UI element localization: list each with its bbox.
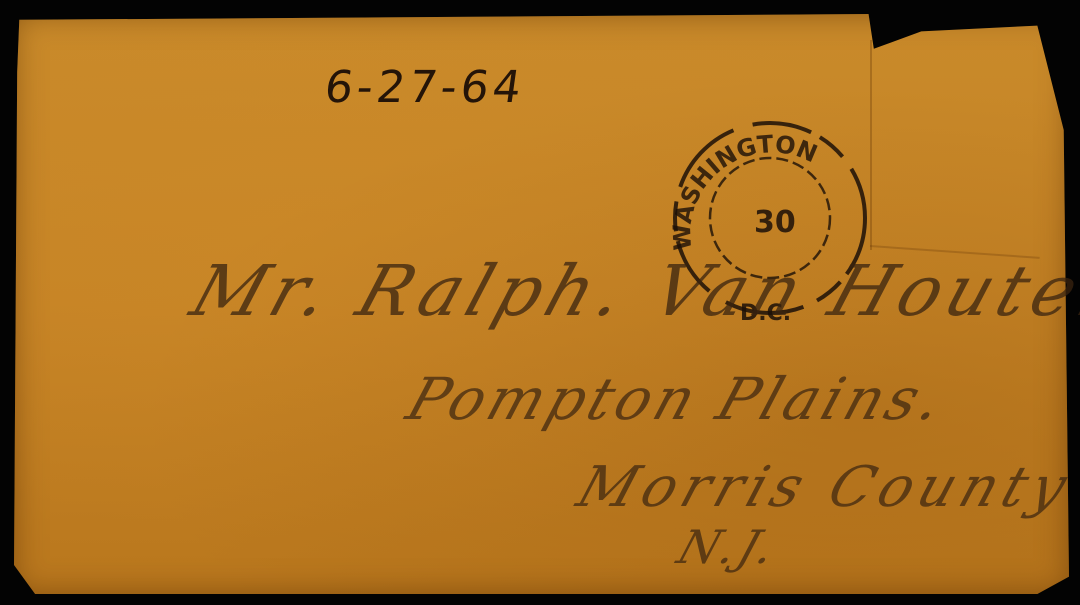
address-line-1: Mr. Ralph. Van Houten. [182, 250, 1080, 332]
postmark-city: WASHINGTON [668, 130, 822, 251]
svg-text:WASHINGTON: WASHINGTON [668, 130, 822, 251]
postmark-day: 30 [754, 205, 796, 240]
pencil-date-notation: 6-27-64 [321, 62, 528, 113]
address-line-2: Pompton Plains. [399, 365, 955, 433]
address-line-4: N.J. [671, 520, 786, 574]
address-line-3: Morris County [569, 455, 1080, 520]
